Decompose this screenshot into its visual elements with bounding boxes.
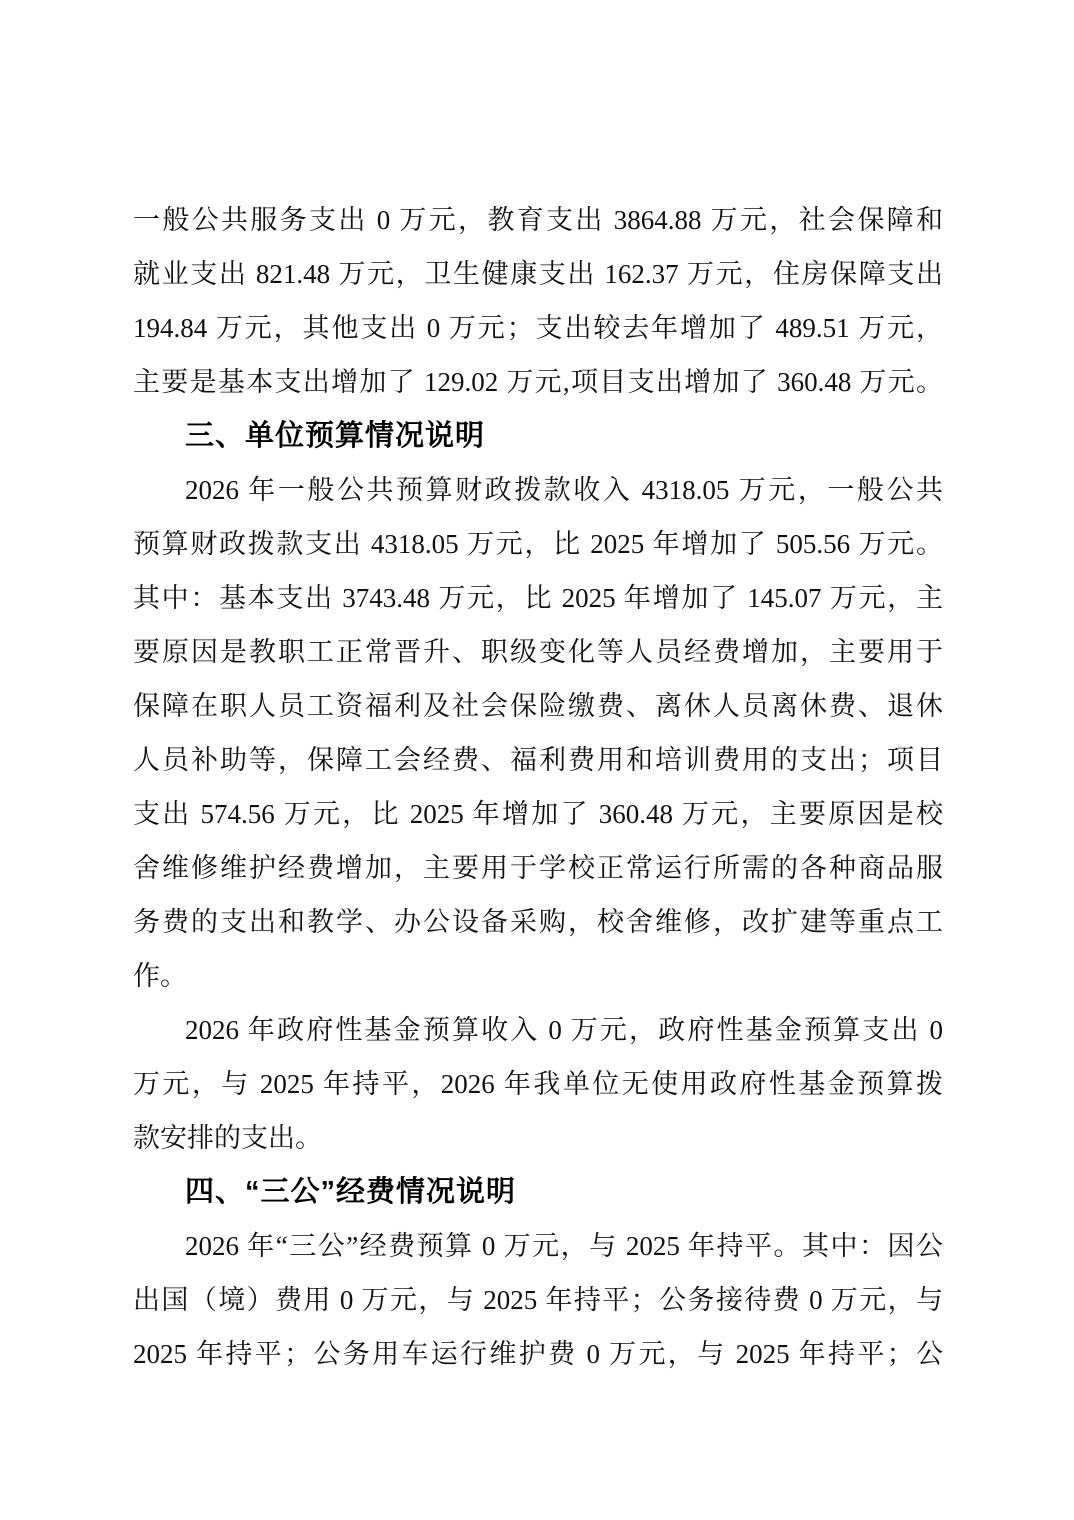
text-line: 保障在职人员工资福利及社会保险缴费、离休人员离休费、退休: [133, 679, 943, 733]
text-line: 2026 年“三公”经费预算 0 万元，与 2025 年持平。其中：因公: [133, 1219, 943, 1273]
heading-section-3-unit-budget: 三、单位预算情况说明: [133, 409, 943, 463]
para-three-public-funds-detail: 2026 年“三公”经费预算 0 万元，与 2025 年持平。其中：因公出国（境…: [133, 1219, 943, 1381]
text-line: 舍维修维护经费增加，主要用于学校正常运行所需的各种商品服: [133, 841, 943, 895]
text-line: 一般公共服务支出 0 万元，教育支出 3864.88 万元，社会保障和: [133, 193, 943, 247]
text-line: 其中：基本支出 3743.48 万元，比 2025 年增加了 145.07 万元…: [133, 571, 943, 625]
text-line: 就业支出 821.48 万元，卫生健康支出 162.37 万元，住房保障支出: [133, 247, 943, 301]
text-line: 要原因是教职工正常晋升、职级变化等人员经费增加，主要用于: [133, 625, 943, 679]
text-line: 2025 年持平；公务用车运行维护费 0 万元，与 2025 年持平；公: [133, 1327, 943, 1381]
para-expenditure-breakdown: 一般公共服务支出 0 万元，教育支出 3864.88 万元，社会保障和就业支出 …: [133, 193, 943, 409]
text-line: 194.84 万元，其他支出 0 万元；支出较去年增加了 489.51 万元，: [133, 301, 943, 355]
text-line: 预算财政拨款支出 4318.05 万元，比 2025 年增加了 505.56 万…: [133, 517, 943, 571]
text-line: 主要是基本支出增加了 129.02 万元,项目支出增加了 360.48 万元。: [133, 355, 943, 409]
para-government-fund-budget: 2026 年政府性基金预算收入 0 万元，政府性基金预算支出 0万元，与 202…: [133, 1003, 943, 1165]
section-heading-text: 三、单位预算情况说明: [133, 409, 943, 463]
text-line: 作。: [133, 949, 943, 1003]
para-general-budget-detail: 2026 年一般公共预算财政拨款收入 4318.05 万元，一般公共预算财政拨款…: [133, 463, 943, 1003]
document-body: 一般公共服务支出 0 万元，教育支出 3864.88 万元，社会保障和就业支出 …: [133, 193, 943, 1381]
text-line: 2026 年一般公共预算财政拨款收入 4318.05 万元，一般公共: [133, 463, 943, 517]
text-line: 款安排的支出。: [133, 1111, 943, 1165]
text-line: 人员补助等，保障工会经费、福利费用和培训费用的支出；项目: [133, 733, 943, 787]
text-line: 万元，与 2025 年持平，2026 年我单位无使用政府性基金预算拨: [133, 1057, 943, 1111]
section-heading-text: 四、“三公”经费情况说明: [133, 1165, 943, 1219]
heading-section-4-three-public-funds: 四、“三公”经费情况说明: [133, 1165, 943, 1219]
text-line: 出国（境）费用 0 万元，与 2025 年持平；公务接待费 0 万元，与: [133, 1273, 943, 1327]
document-page: 一般公共服务支出 0 万元，教育支出 3864.88 万元，社会保障和就业支出 …: [0, 0, 1074, 1520]
text-line: 2026 年政府性基金预算收入 0 万元，政府性基金预算支出 0: [133, 1003, 943, 1057]
text-line: 支出 574.56 万元，比 2025 年增加了 360.48 万元，主要原因是…: [133, 787, 943, 841]
text-line: 务费的支出和教学、办公设备采购，校舍维修，改扩建等重点工: [133, 895, 943, 949]
